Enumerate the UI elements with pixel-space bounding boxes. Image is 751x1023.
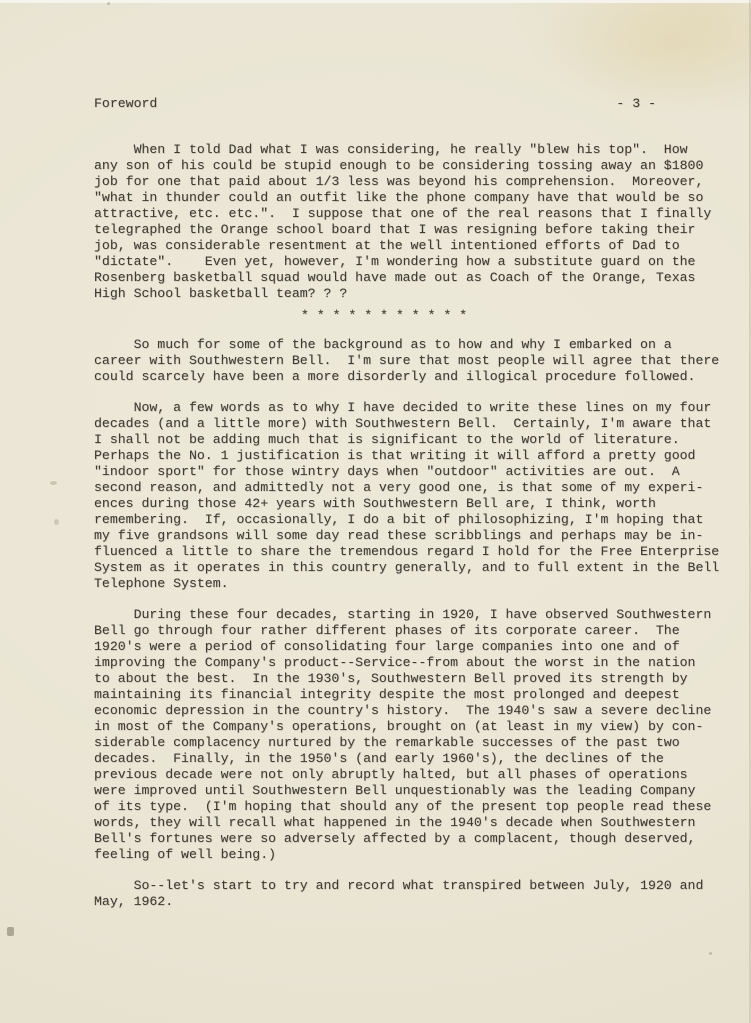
scanned-document-page: Foreword - 3 - When I told Dad what I wa… [0, 0, 751, 1023]
asterisk-separator: * * * * * * * * * * * [94, 308, 674, 324]
paper-speck [107, 2, 110, 5]
page-number: - 3 - [616, 96, 656, 112]
paper-smudge [7, 927, 14, 936]
page-header: Foreword - 3 - [94, 96, 656, 112]
document-title: Foreword [94, 96, 157, 112]
paper-speck [709, 952, 712, 955]
paper-speck [54, 519, 59, 525]
paper-speck [50, 481, 57, 485]
paragraph-background-summary: So much for some of the background as to… [94, 337, 714, 385]
paragraph-blew-his-top: When I told Dad what I was considering, … [94, 142, 714, 302]
paragraph-closing: So--let's start to try and record what t… [94, 878, 714, 910]
scan-edge-top [0, 0, 751, 3]
document-content: Foreword - 3 - When I told Dad what I wa… [94, 96, 714, 925]
paragraph-four-decades: During these four decades, starting in 1… [94, 607, 714, 863]
paragraph-why-writing: Now, a few words as to why I have decide… [94, 400, 714, 592]
